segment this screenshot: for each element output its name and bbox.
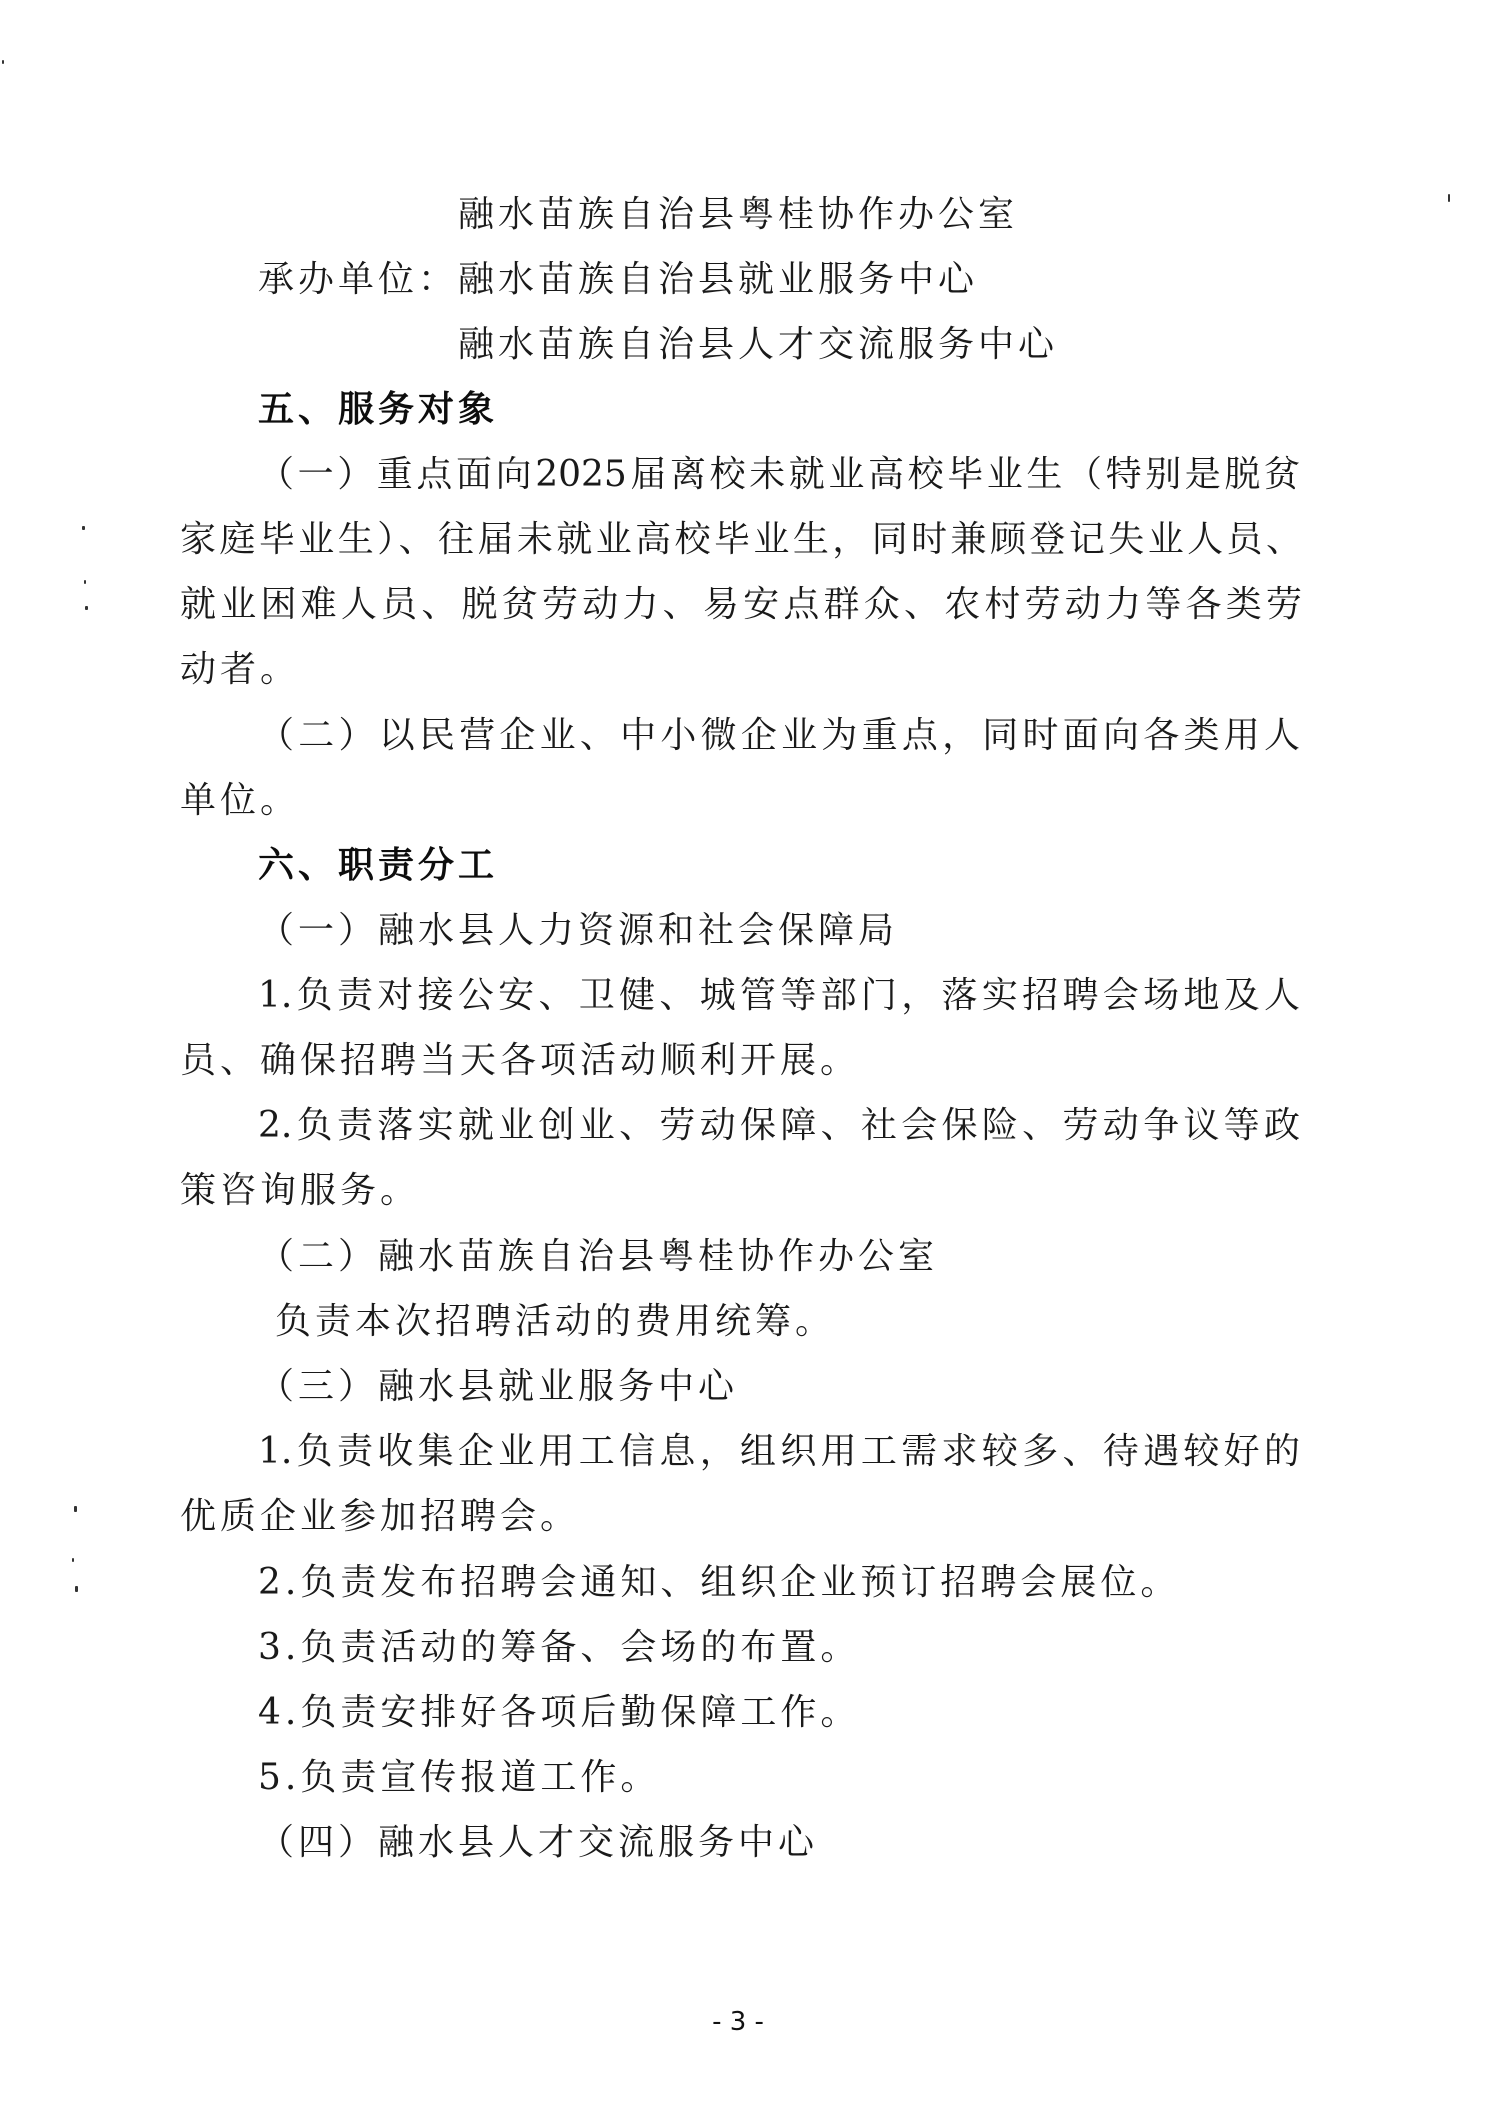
page-number: - 3 - — [700, 2006, 776, 2038]
paragraph-line: 动者。 — [180, 648, 300, 692]
scan-speck — [85, 606, 88, 610]
scan-speck — [82, 526, 85, 530]
list-item-line: 3.负责活动的筹备、会场的布置。 — [258, 1626, 860, 1670]
scan-speck — [2, 60, 4, 64]
host-unit: 融水苗族自治县就业服务中心 — [458, 258, 978, 302]
section-heading: 六、职责分工 — [258, 844, 498, 888]
host-unit: 融水苗族自治县人才交流服务中心 — [458, 323, 1058, 367]
scan-speck — [72, 1558, 74, 1562]
scan-speck — [74, 1506, 77, 1512]
scan-speck — [1448, 194, 1450, 202]
subsection-title: （四）融水县人才交流服务中心 — [258, 1821, 818, 1865]
list-item-line: 1.负责对接公安、卫健、城管等部门，落实招聘会场地及人 — [180, 974, 1300, 1018]
subsection-title: （二）融水苗族自治县粤桂协作办公室 — [258, 1235, 938, 1279]
scan-speck — [84, 580, 86, 584]
list-item-line: 5.负责宣传报道工作。 — [258, 1756, 660, 1800]
list-item-line: 4.负责安排好各项后勤保障工作。 — [258, 1691, 860, 1735]
list-item-line: 1.负责收集企业用工信息，组织用工需求较多、待遇较好的 — [180, 1430, 1300, 1474]
list-item-line: 员、确保招聘当天各项活动顺利开展。 — [180, 1039, 860, 1083]
list-item-line: 2.负责落实就业创业、劳动保障、社会保险、劳动争议等政 — [180, 1104, 1300, 1148]
organizer-line: 融水苗族自治县粤桂协作办公室 — [458, 193, 1018, 237]
paragraph-line: （一）重点面向2025届离校未就业高校毕业生（特别是脱贫 — [180, 453, 1300, 497]
subsection-title: （一）融水县人力资源和社会保障局 — [258, 909, 898, 953]
paragraph-line: 就业困难人员、脱贫劳动力、易安点群众、农村劳动力等各类劳 — [180, 583, 1302, 627]
subsection-title: （三）融水县就业服务中心 — [258, 1365, 738, 1409]
document-page: 融水苗族自治县粤桂协作办公室 承办单位： 融水苗族自治县就业服务中心 融水苗族自… — [0, 0, 1490, 2104]
paragraph-line: 负责本次招聘活动的费用统筹。 — [275, 1300, 835, 1344]
list-item-line: 2.负责发布招聘会通知、组织企业预订招聘会展位。 — [258, 1561, 1180, 1605]
section-heading: 五、服务对象 — [258, 388, 498, 432]
paragraph-line: 单位。 — [180, 779, 300, 823]
paragraph-line: 家庭毕业生）、往届未就业高校毕业生，同时兼顾登记失业人员、 — [180, 518, 1302, 562]
scan-speck — [75, 1586, 78, 1592]
list-item-line: 优质企业参加招聘会。 — [180, 1495, 580, 1539]
paragraph-line: （二）以民营企业、中小微企业为重点，同时面向各类用人 — [180, 714, 1300, 758]
host-label: 承办单位： — [258, 258, 458, 302]
list-item-line: 策咨询服务。 — [180, 1169, 420, 1213]
